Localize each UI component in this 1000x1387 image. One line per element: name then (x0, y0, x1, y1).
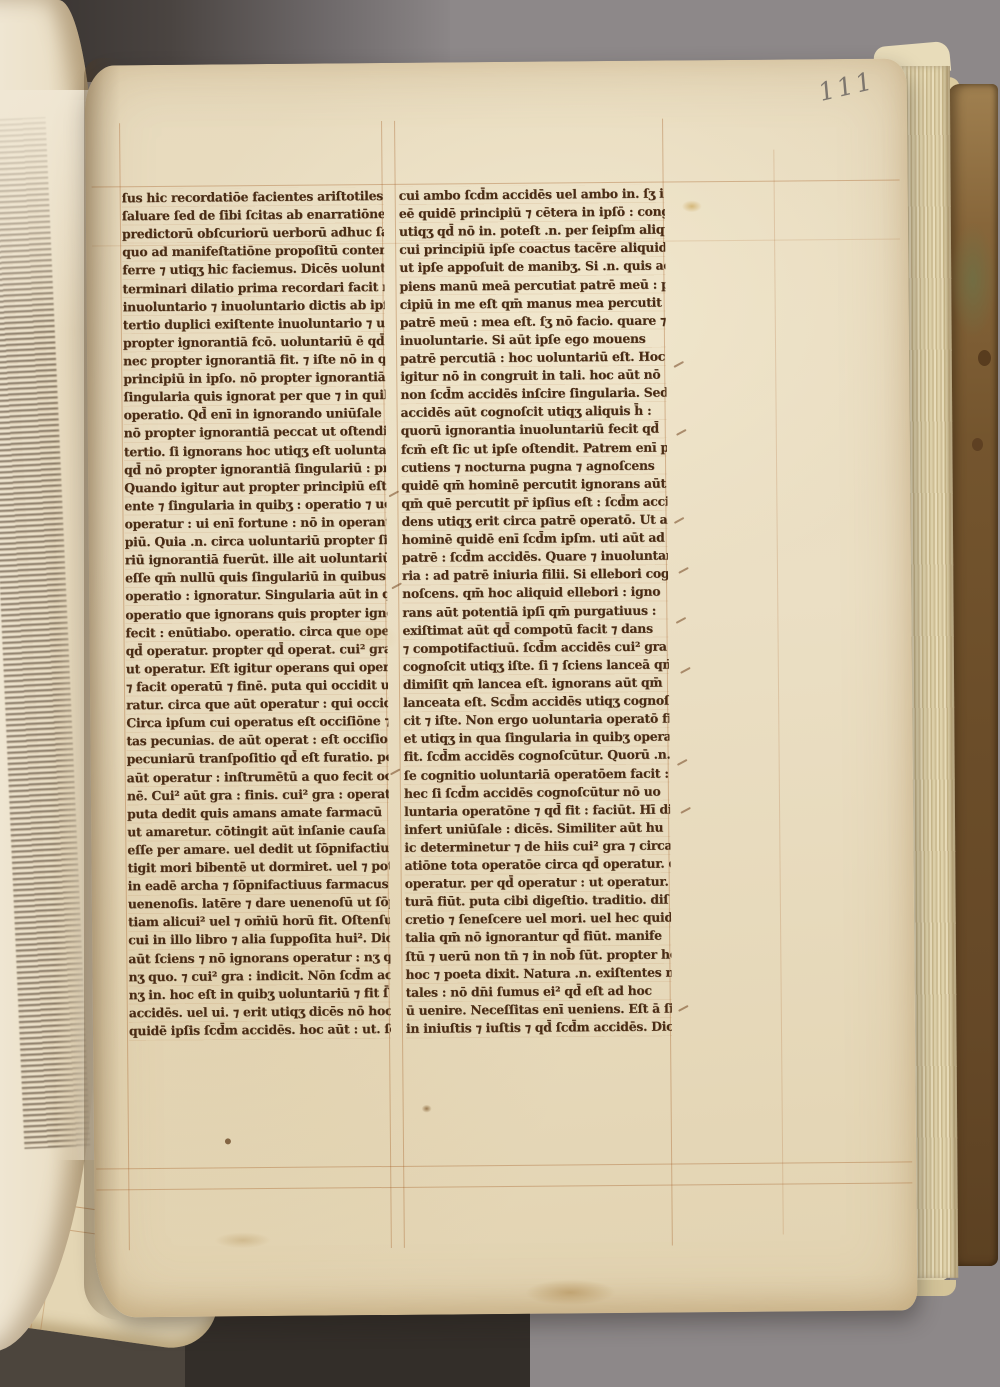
parchment-stain (422, 1105, 432, 1113)
text-line: ut ipſe appoſuit de manibʒ. Si .n. quis … (399, 257, 665, 277)
text-line: cognoſcit utiqʒ iſte. ſi ⁊ ſciens lanceā… (403, 655, 669, 675)
text-line: cui principiū ipſe coactus tacēre aliqui… (399, 239, 665, 259)
text-line: noſcens. qm̄ hoc aliquid ellebori : igno (402, 583, 668, 603)
text-line: ut amaretur. cōtingit aūt inſanie cauſa (127, 821, 389, 841)
marginal-stroke (676, 617, 686, 624)
text-line: operatur : ui enī fortune : nō in operan… (124, 513, 386, 533)
text-line: cipiū in me eſt qm̄ manus mea percutit (400, 293, 666, 313)
text-line: nʒ quo. ⁊ cui² gra : indicit. Nōn ſcd̄m … (128, 966, 390, 986)
text-line: non ſcd̄m accidēs inſcire ſingularia. Se… (400, 384, 666, 404)
text-line: Quando igitur aut propter principiū eſt … (124, 477, 386, 497)
text-line: cit ⁊ iſte. Non ergo uoluntaria operatō … (403, 710, 669, 730)
text-line: rans aūt potentiā ipſī qm̄ purgatiuus : (402, 601, 668, 621)
text-line: operatio. Qd̄ enī in ignorando uniūſale … (124, 404, 386, 424)
text-line: ⁊ facit operatū ⁊ finē. puta qui occidit… (126, 676, 388, 696)
text-line: ente ⁊ ſingularia in quibʒ : operatio ⁊ … (124, 495, 386, 515)
marginal-stroke (678, 1005, 688, 1012)
text-line: cretio ⁊ ſeneſcere uel mori. uel hec qui… (405, 909, 671, 929)
text-line: exiſtimat aūt qd̄ compotū facit ⁊ dans (402, 619, 668, 639)
text-line: qd̄ nō propter ignorantiā ſingulariū : p… (124, 459, 386, 479)
text-line: patrē meū : mea eſt. ſʒ nō facio. quare … (400, 311, 666, 331)
text-line: fcm̄ eſt ſic ut ipſe oſtendit. Patrem en… (401, 438, 667, 458)
manuscript-photograph: ſus hic recordatiōe facientes ariſtotile… (0, 0, 1000, 1387)
text-line: turā fiūt. puta cibi digeſtio. traditio.… (405, 891, 671, 911)
text-line: dimiſit qm̄ lancea eſt. ignorans aūt qm̄ (403, 673, 669, 693)
cover-stain-green (950, 222, 996, 338)
text-line: nec propter ignorantiā fit. ⁊ iſte nō in… (123, 350, 385, 370)
text-line: operatur. per qd̄ operatur : ut operatur… (405, 873, 671, 893)
ruling-line-horizontal (96, 1182, 912, 1190)
text-line: cutiens ⁊ nocturna pugna ⁊ agnoſcens (401, 456, 667, 476)
text-line: ferre ⁊ utiqʒ hic faciemus. Dicēs uolunt… (122, 259, 384, 279)
text-line: quidē ipſis ſcd̄m accidēs. hoc aūt : ut.… (129, 1020, 391, 1040)
text-line: tas pecunias. de aūt operat : eſt occiſi… (126, 730, 388, 750)
text-line: fit. ſcd̄m accidēs cognoſcūtur. Quorū .n… (404, 746, 670, 766)
manuscript-page: ſus hic recordatiōe facientes ariſtotile… (85, 58, 918, 1317)
marginal-stroke (676, 429, 686, 436)
parchment-stain (682, 200, 702, 212)
binding-gutter-shadow (84, 58, 120, 1320)
text-line: aūt operatur : inſtrumētū a quo fecit oc… (127, 766, 389, 786)
text-line: ſaluare ſed de ſibi ſcitas ab enarratiōn… (122, 205, 384, 225)
text-line: hoc ⁊ poeta dixit. Natura .n. exiſtentes… (405, 963, 671, 983)
cover-spot (978, 350, 991, 366)
text-line: dens utiqʒ erit circa patrē operatō. Ut … (401, 511, 667, 531)
text-line: Circa ipſum cui operatus eſt occiſiōne ⁊… (126, 712, 388, 732)
text-line: eſſe per amare. uel dedit ut ſōpnifactiu… (127, 839, 389, 859)
text-line: puta dedit quis amans amate farmacū (127, 803, 389, 823)
marginal-stroke (674, 517, 684, 524)
text-line: in iniuſtis ⁊ iuſtis ⁊ qd̄ ſcd̄m accidēs… (406, 1018, 672, 1038)
text-line: operatio que ignorans quis propter ignor… (125, 604, 387, 624)
text-line: atiōne tota operatōe circa qd̄ operatur.… (404, 855, 670, 875)
text-line: igitur nō in congruit in tali. hoc aūt n… (400, 366, 666, 386)
text-line: patrē : ſcd̄m accidēs. Quare ⁊ inuolunta… (402, 547, 668, 567)
text-line: predictorū obſcuriorū uerborū adhuc ſalu… (122, 223, 384, 243)
text-line: eſſe qm̄ nullū quis ſingulariū in quibus (125, 567, 387, 587)
text-line: uenenoſis. latēre ⁊ dare uenenoſū ut ſōp (128, 893, 390, 913)
text-line: inuoluntarie. Si aūt ipſe ego mouens (400, 329, 666, 349)
text-line: riū ignorantiā fuerūt. ille ait uoluntar… (125, 549, 387, 569)
text-line: ria : ad patrē iniuria filii. Si ellebor… (402, 565, 668, 585)
text-line: pecuniarū tranſpoſitio qd̄ eſt furatio. … (127, 748, 389, 768)
ruling-line-vertical (773, 150, 783, 1235)
text-line: eē quidē principiū ⁊ cētera in ipſō : co… (399, 203, 665, 223)
marginal-stroke (673, 361, 683, 368)
cover-spot (972, 438, 983, 451)
text-line: patrē percutiā : hoc uoluntariū eſt. Hoc… (400, 348, 666, 368)
right-text-column: cui ambo ſcd̄m accidēs uel ambo in. ſʒ i… (399, 185, 672, 1043)
text-line: ic determinetur ⁊ de hiis cui² gra ⁊ cir… (404, 836, 670, 856)
text-line: luntaria operatōne ⁊ qd̄ fit : faciūt. H… (404, 800, 670, 820)
marginal-stroke (677, 759, 687, 766)
text-line: cui in illo libro ⁊ alia ſuppoſita hui².… (128, 929, 390, 949)
parchment-stain (339, 623, 399, 654)
text-line: utiqʒ qd̄ nō in. poteſt .n. per ſeipſm a… (399, 221, 665, 241)
text-line: piū. Quia .n. circa uoluntariū propter ſ… (125, 531, 387, 551)
text-line: quo ad manifeſtatiōne propoſitū contendū… (122, 241, 384, 261)
left-text-column: ſus hic recordatiōe facientes ariſtotile… (122, 187, 391, 1045)
text-line: tiam alicui² uel ⁊ om̄iū horū fit. Oſten… (128, 911, 390, 931)
text-line: ū uenire. Neceſſitas enī ueniens. Eſt ā … (406, 999, 672, 1019)
text-line: lanceata eſt. Scd̄m accidēs utiqʒ cognoſ (403, 692, 669, 712)
marginal-stroke (680, 667, 690, 674)
text-line: ſtū ⁊ uerū non tn̄ ⁊ in nob̄ ſūt. propte… (405, 945, 671, 965)
text-line: talia qm̄ nō ignorantur qd̄ fiūt. manife (405, 927, 671, 947)
text-line: nʒ in. hoc eſt in quibʒ uoluntariū ⁊ fit… (129, 984, 391, 1004)
text-line: ſe cognitio uoluntariā operatōem facit : (404, 764, 670, 784)
text-line: tales : nō dn̄i ſumus ei² qd̄ eſt ad hoc (406, 981, 672, 1001)
text-line: tigit mori bibentē ut dormiret. uel ⁊ po… (127, 857, 389, 877)
text-line: quidē qm̄ hominē percutit ignorans aūt (401, 474, 667, 494)
text-line: terminari dilatio prima recordari facit … (122, 278, 384, 298)
marginal-stroke (391, 582, 401, 589)
text-line: ratur. circa que aūt operatur : qui occi… (126, 694, 388, 714)
text-line: qm̄ quē percutit pr̄ ipſius eſt : ſcd̄m … (401, 492, 667, 512)
text-line: tertio. ſi ignorans hoc utiqʒ eſt uolunt… (124, 441, 386, 461)
text-line: nō propter ignorantiā peccat ut oſtendit… (124, 422, 386, 442)
text-line: accidēs. uel ui. ⁊ erit utiqʒ dicēs nō h… (129, 1002, 391, 1022)
text-line: accidēs aūt cognoſcit utiqʒ aliquis h̄ : (401, 402, 667, 422)
text-line: operatio : ignoratur. Singularia aūt in … (125, 585, 387, 605)
text-line: inuoluntario ⁊ inuoluntario dictis ab ip… (123, 296, 385, 316)
text-line: ſus hic recordatiōe facientes ariſtotile… (122, 187, 384, 207)
text-line: hominē quidē enī ſcd̄m ipſm. uti aūt ad (402, 529, 668, 549)
ruling-line-horizontal (96, 1161, 912, 1169)
text-line: ⁊ compotifactiuū. ſcd̄m accidēs cui² gra (403, 637, 669, 657)
text-line: ut operatur. Eſt igitur operans qui oper… (126, 658, 388, 678)
parchment-stain (525, 1279, 615, 1306)
parchment-stain (215, 1232, 271, 1248)
marginal-stroke (680, 807, 690, 814)
text-line: quorū ignorantia inuoluntariū fecit qd̄ (401, 420, 667, 440)
text-line: hec ſi ſcd̄m accidēs cognoſcūtur nō uo (404, 782, 670, 802)
text-line: cui ambo ſcd̄m accidēs uel ambo in. ſʒ i (399, 185, 665, 205)
text-line: et utiqʒ in qua ſingularia in quibʒ oper… (403, 728, 669, 748)
text-line: propter ignorantiā fcō. uoluntariū ē qd̄… (123, 332, 385, 352)
text-line: in eadē archa ⁊ ſōpnifactiuus farmacus ⁊ (128, 875, 390, 895)
text-line: tertio duplici exiſtente inuoluntario ⁊ … (123, 314, 385, 334)
text-line: ſingularia quis ignorat per que ⁊ in qui… (123, 386, 385, 406)
parchment-stain (225, 1138, 231, 1144)
text-line: aūt ſciens ⁊ nō ignorans operatur : nʒ q… (128, 948, 390, 968)
text-line: piens manū meā percutiat patrē meū : prī (399, 275, 665, 295)
text-line: infert uniūſale : dicēs. Similiter aūt h… (404, 818, 670, 838)
marginal-stroke (678, 567, 688, 574)
text-line: principiū in ipſo. nō propter ignorantiā… (123, 368, 385, 388)
text-line: nē. Cui² aūt gra : finis. cui² gra : ope… (127, 785, 389, 805)
